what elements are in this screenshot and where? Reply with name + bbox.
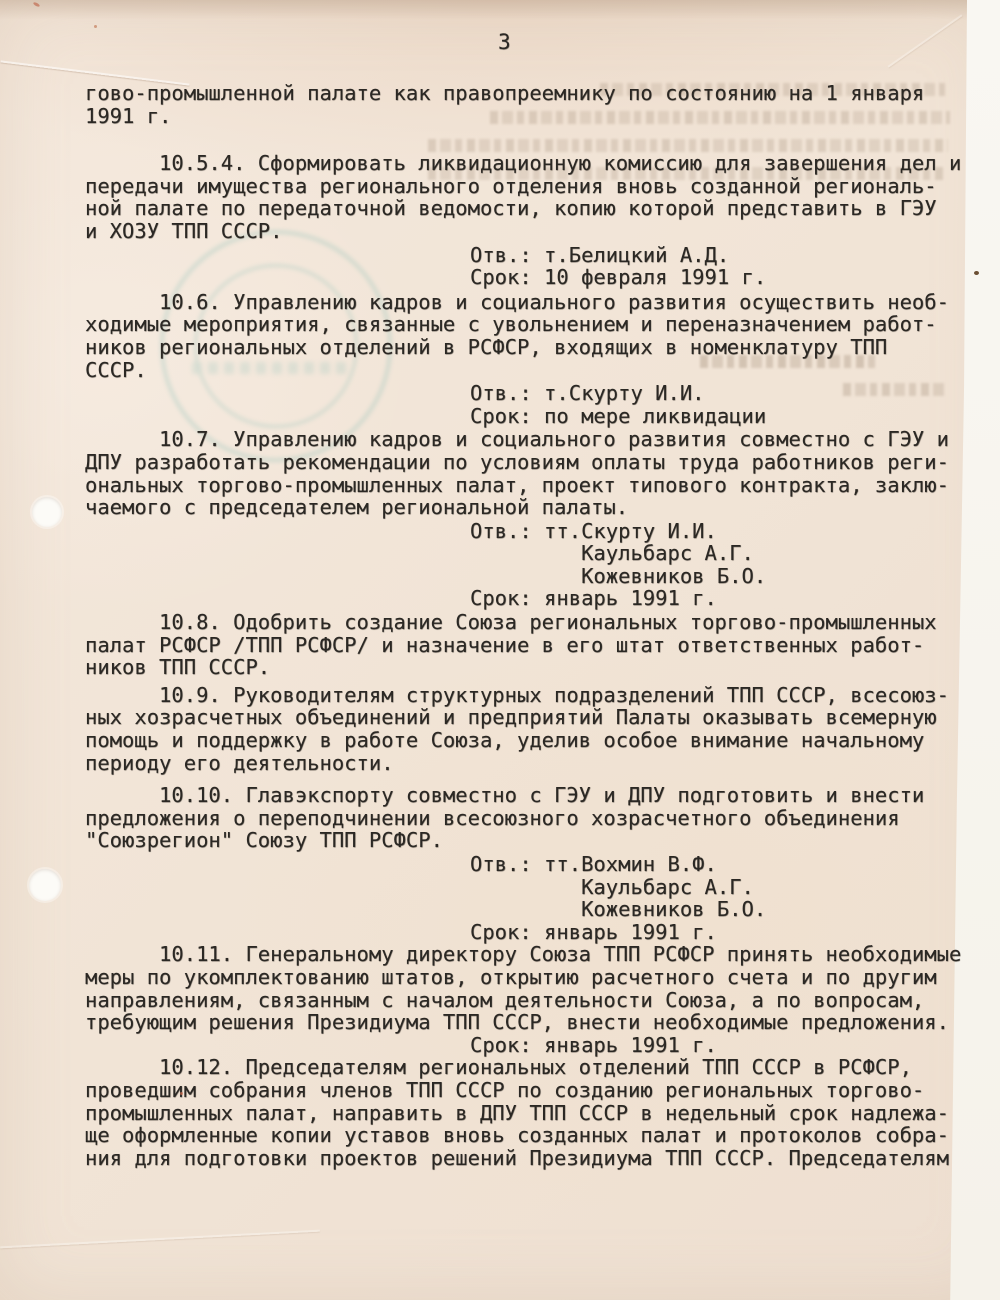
section-10-6: 10.6. Управлению кадров и социального ра…	[85, 291, 988, 381]
section-10-5-4: 10.5.4. Сформировать ликвидационную коми…	[85, 152, 988, 242]
document-body: гово-промышленной палате как правопреемн…	[85, 82, 988, 1169]
resp-10-5-4: Отв.: т.Белицкий А.Д. Срок: 10 февраля 1…	[470, 244, 988, 289]
section-10-10: 10.10. Главэкспорту совместно с ГЭУ и ДП…	[85, 784, 988, 852]
ink-speck	[974, 271, 979, 275]
section-10-8: 10.8. Одобрить создание Союза региональн…	[85, 611, 988, 679]
hole-punch-top	[32, 497, 62, 527]
resp-10-6: Отв.: т.Скурту И.И. Срок: по мере ликвид…	[470, 382, 988, 427]
deadline-10-11: Срок: январь 1991 г.	[470, 1034, 988, 1057]
top-edge-shadow	[0, 0, 1000, 20]
ink-speck	[180, 1092, 183, 1095]
section-10-12: 10.12. Председателям региональных отделе…	[85, 1056, 988, 1169]
section-10-11: 10.11. Генеральному директору Союза ТПП …	[85, 943, 988, 1033]
section-10-9: 10.9. Руководителям структурных подразде…	[85, 684, 988, 774]
ink-speck	[94, 25, 97, 28]
intro-continuation: гово-промышленной палате как правопреемн…	[85, 82, 988, 127]
resp-10-10: Отв.: тт.Вохмин В.Ф. Каульбарс А.Г. Коже…	[470, 853, 988, 943]
resp-10-7: Отв.: тт.Скурту И.И. Каульбарс А.Г. Коже…	[470, 520, 988, 610]
section-10-7: 10.7. Управлению кадров и социального ра…	[85, 428, 988, 518]
hole-punch-bottom	[29, 869, 61, 901]
page-number: 3	[498, 30, 511, 54]
